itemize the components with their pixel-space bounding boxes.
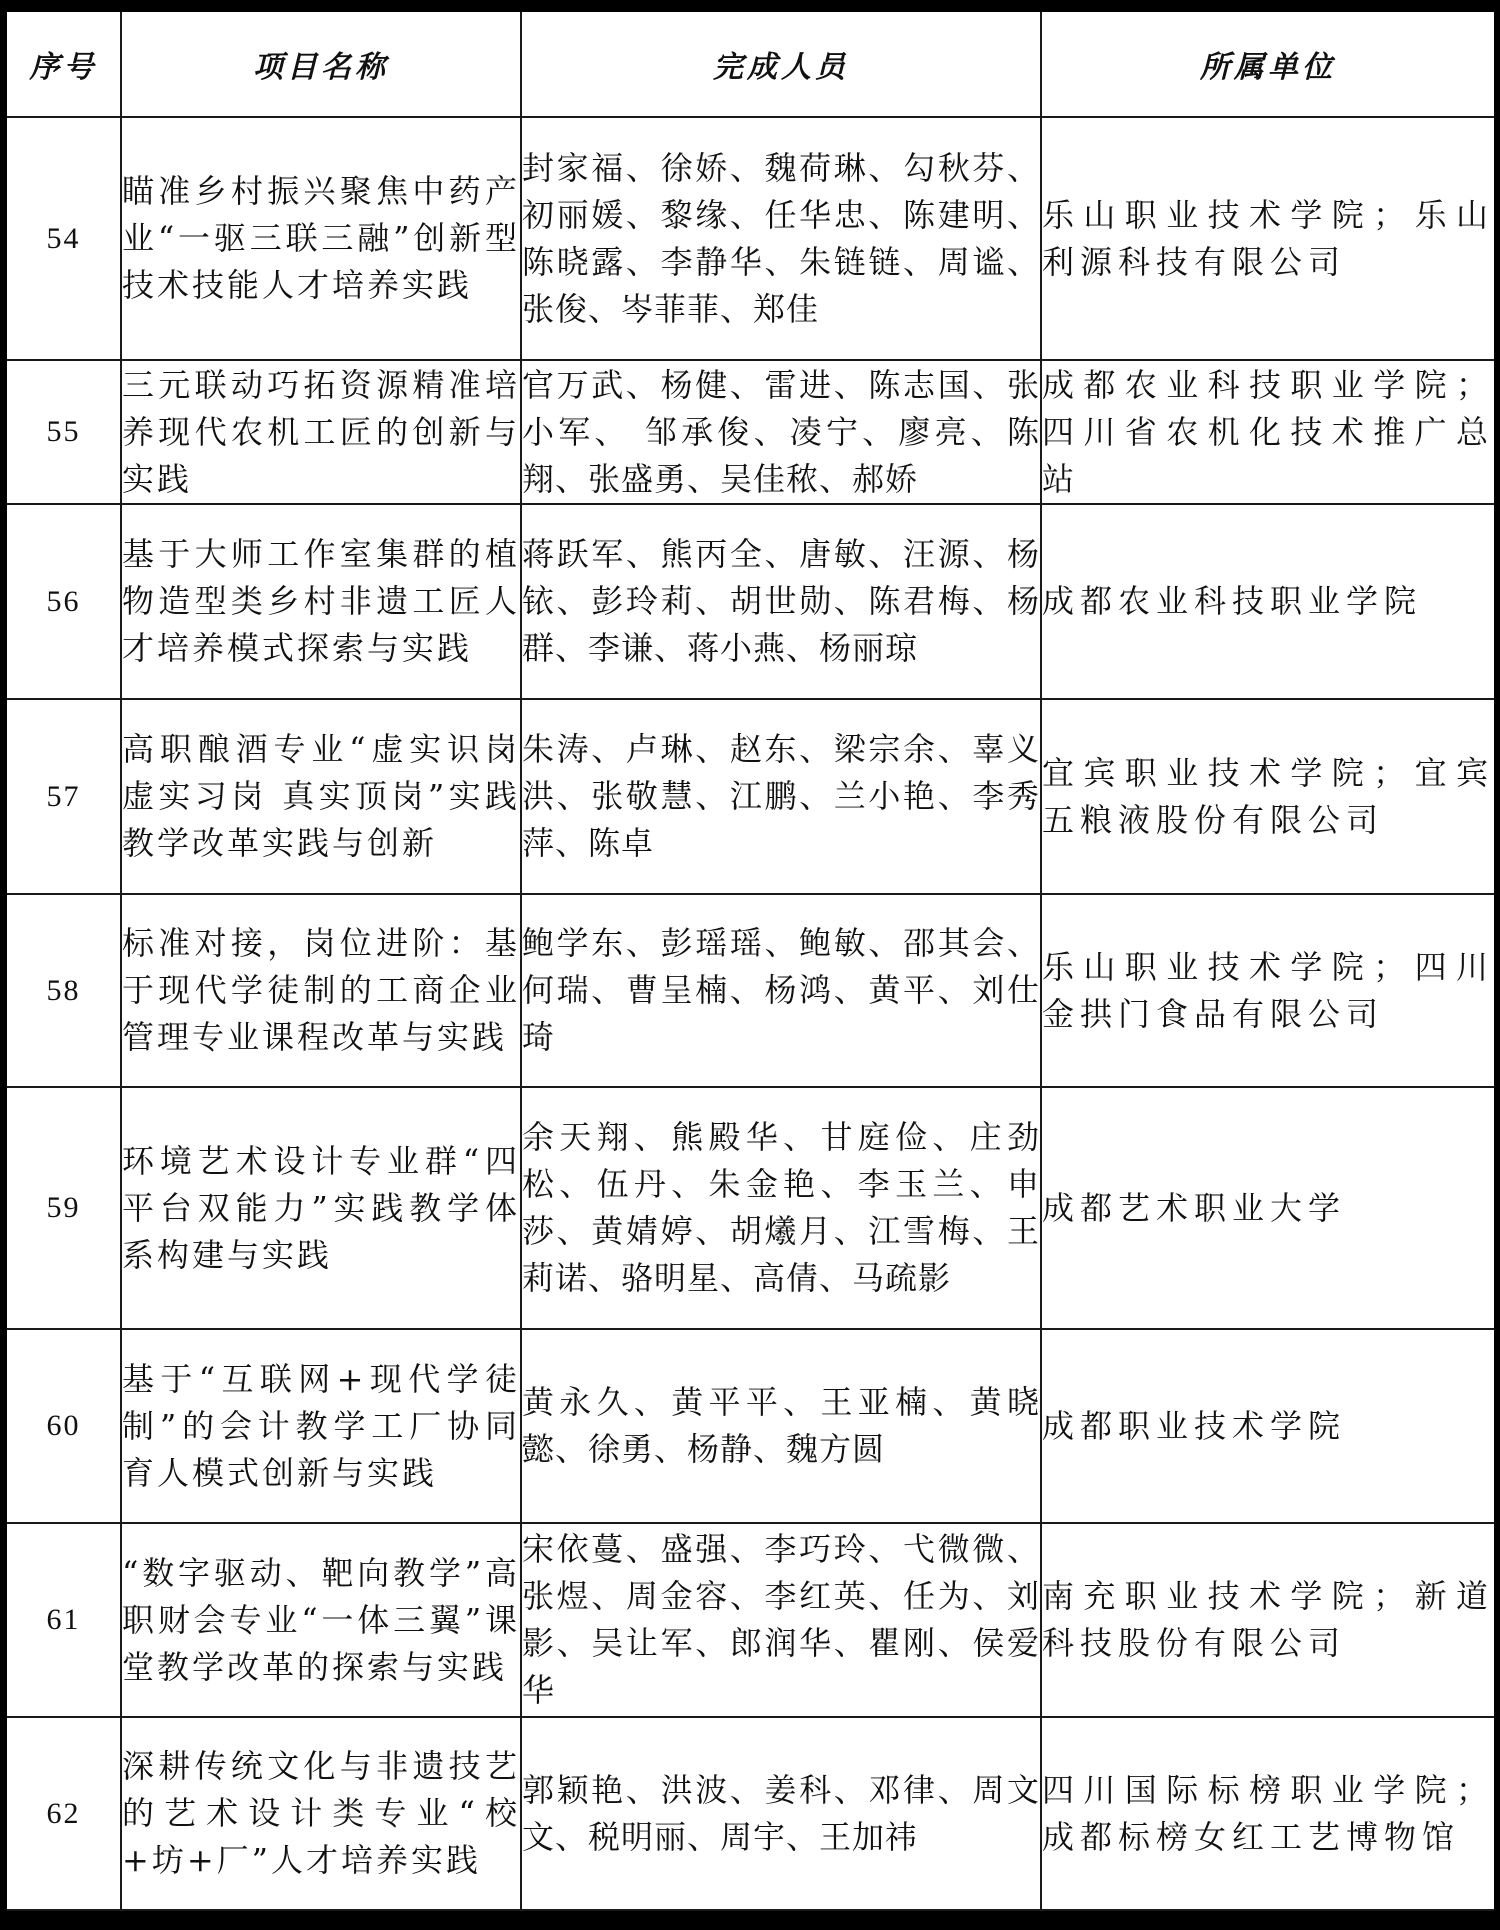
project-name: 瞄准乡村振兴聚焦中药产业“一驱三联三融”创新型技术技能人才培养实践	[121, 117, 521, 360]
unit: 乐山职业技术学院；乐山利源科技有限公司	[1041, 117, 1494, 360]
header-no: 序号	[7, 12, 121, 117]
project-name: 环境艺术设计专业群“四平台双能力”实践教学体系构建与实践	[121, 1087, 521, 1329]
unit: 成都农业科技职业学院；四川省农机化技术推广总站	[1041, 360, 1494, 504]
members: 郭颖艳、洪波、姜科、邓律、周文文、税明丽、周宇、王加祎	[521, 1717, 1041, 1910]
unit: 乐山职业技术学院；四川金拱门食品有限公司	[1041, 894, 1494, 1087]
members: 宋依蔓、盛强、李巧玲、弋微微、张煜、周金容、李红英、任为、刘影、吴让军、郎润华、…	[521, 1523, 1041, 1717]
members: 鲍学东、彭瑶瑶、鲍敏、邵其会、何瑞、曹呈楠、杨鸿、黄平、刘仕琦	[521, 894, 1041, 1087]
members: 朱涛、卢琳、赵东、梁宗余、辜义洪、张敬慧、江鹏、兰小艳、李秀萍、陈卓	[521, 699, 1041, 894]
header-unit: 所属单位	[1041, 12, 1494, 117]
project-name: 基于大师工作室集群的植物造型类乡村非遗工匠人才培养模式探索与实践	[121, 504, 521, 699]
document-page: 序号 项目名称 完成人员 所属单位 54 瞄准乡村振兴聚焦中药产业“一驱三联三融…	[7, 12, 1494, 1911]
table-row: 61 “数字驱动、靶向教学”高职财会专业“一体三翼”课堂教学改革的探索与实践 宋…	[7, 1523, 1494, 1717]
members: 黄永久、黄平平、王亚楠、黄晓懿、徐勇、杨静、魏方圆	[521, 1329, 1041, 1523]
members: 封家福、徐娇、魏荷琳、勾秋芬、初丽媛、黎缘、任华忠、陈建明、陈晓露、李静华、朱链…	[521, 117, 1041, 360]
header-members: 完成人员	[521, 12, 1041, 117]
row-number: 61	[7, 1523, 121, 1717]
table-row: 56 基于大师工作室集群的植物造型类乡村非遗工匠人才培养模式探索与实践 蒋跃军、…	[7, 504, 1494, 699]
unit: 成都农业科技职业学院	[1041, 504, 1494, 699]
members: 余天翔、熊殿华、甘庭俭、庄劲松、伍丹、朱金艳、李玉兰、申莎、黄婧婷、胡爔月、江雪…	[521, 1087, 1041, 1329]
unit: 成都职业技术学院	[1041, 1329, 1494, 1523]
row-number: 55	[7, 360, 121, 504]
project-name: “数字驱动、靶向教学”高职财会专业“一体三翼”课堂教学改革的探索与实践	[121, 1523, 521, 1717]
unit: 南充职业技术学院；新道科技股份有限公司	[1041, 1523, 1494, 1717]
project-name: 高职酿酒专业“虚实识岗 虚实习岗 真实顶岗”实践教学改革实践与创新	[121, 699, 521, 894]
header-project-name: 项目名称	[121, 12, 521, 117]
table-header-row: 序号 项目名称 完成人员 所属单位	[7, 12, 1494, 117]
table-row: 58 标准对接，岗位进阶：基于现代学徒制的工商企业管理专业课程改革与实践 鲍学东…	[7, 894, 1494, 1087]
unit: 成都艺术职业大学	[1041, 1087, 1494, 1329]
table-row: 55 三元联动巧拓资源精准培养现代农机工匠的创新与实践 官万武、杨健、雷进、陈志…	[7, 360, 1494, 504]
row-number: 62	[7, 1717, 121, 1910]
row-number: 57	[7, 699, 121, 894]
row-number: 56	[7, 504, 121, 699]
table-row: 60 基于“互联网+现代学徒制”的会计教学工厂协同育人模式创新与实践 黄永久、黄…	[7, 1329, 1494, 1523]
project-name: 三元联动巧拓资源精准培养现代农机工匠的创新与实践	[121, 360, 521, 504]
row-number: 60	[7, 1329, 121, 1523]
project-name: 标准对接，岗位进阶：基于现代学徒制的工商企业管理专业课程改革与实践	[121, 894, 521, 1087]
unit: 四川国际标榜职业学院；成都标榜女红工艺博物馆	[1041, 1717, 1494, 1910]
row-number: 54	[7, 117, 121, 360]
members: 官万武、杨健、雷进、陈志国、张小军、 邹承俊、凌宁、廖亮、陈翔、张盛勇、吴佳秾、…	[521, 360, 1041, 504]
table-row: 62 深耕传统文化与非遗技艺的艺术设计类专业“校+坊+厂”人才培养实践 郭颖艳、…	[7, 1717, 1494, 1910]
row-number: 58	[7, 894, 121, 1087]
row-number: 59	[7, 1087, 121, 1329]
unit: 宜宾职业技术学院；宜宾五粮液股份有限公司	[1041, 699, 1494, 894]
project-name: 深耕传统文化与非遗技艺的艺术设计类专业“校+坊+厂”人才培养实践	[121, 1717, 521, 1910]
members: 蒋跃军、熊丙全、唐敏、汪源、杨铱、彭玲莉、胡世勋、陈君梅、杨群、李谦、蒋小燕、杨…	[521, 504, 1041, 699]
table-row: 59 环境艺术设计专业群“四平台双能力”实践教学体系构建与实践 余天翔、熊殿华、…	[7, 1087, 1494, 1329]
table-row: 57 高职酿酒专业“虚实识岗 虚实习岗 真实顶岗”实践教学改革实践与创新 朱涛、…	[7, 699, 1494, 894]
awards-table: 序号 项目名称 完成人员 所属单位 54 瞄准乡村振兴聚焦中药产业“一驱三联三融…	[7, 12, 1494, 1911]
table-row: 54 瞄准乡村振兴聚焦中药产业“一驱三联三融”创新型技术技能人才培养实践 封家福…	[7, 117, 1494, 360]
project-name: 基于“互联网+现代学徒制”的会计教学工厂协同育人模式创新与实践	[121, 1329, 521, 1523]
